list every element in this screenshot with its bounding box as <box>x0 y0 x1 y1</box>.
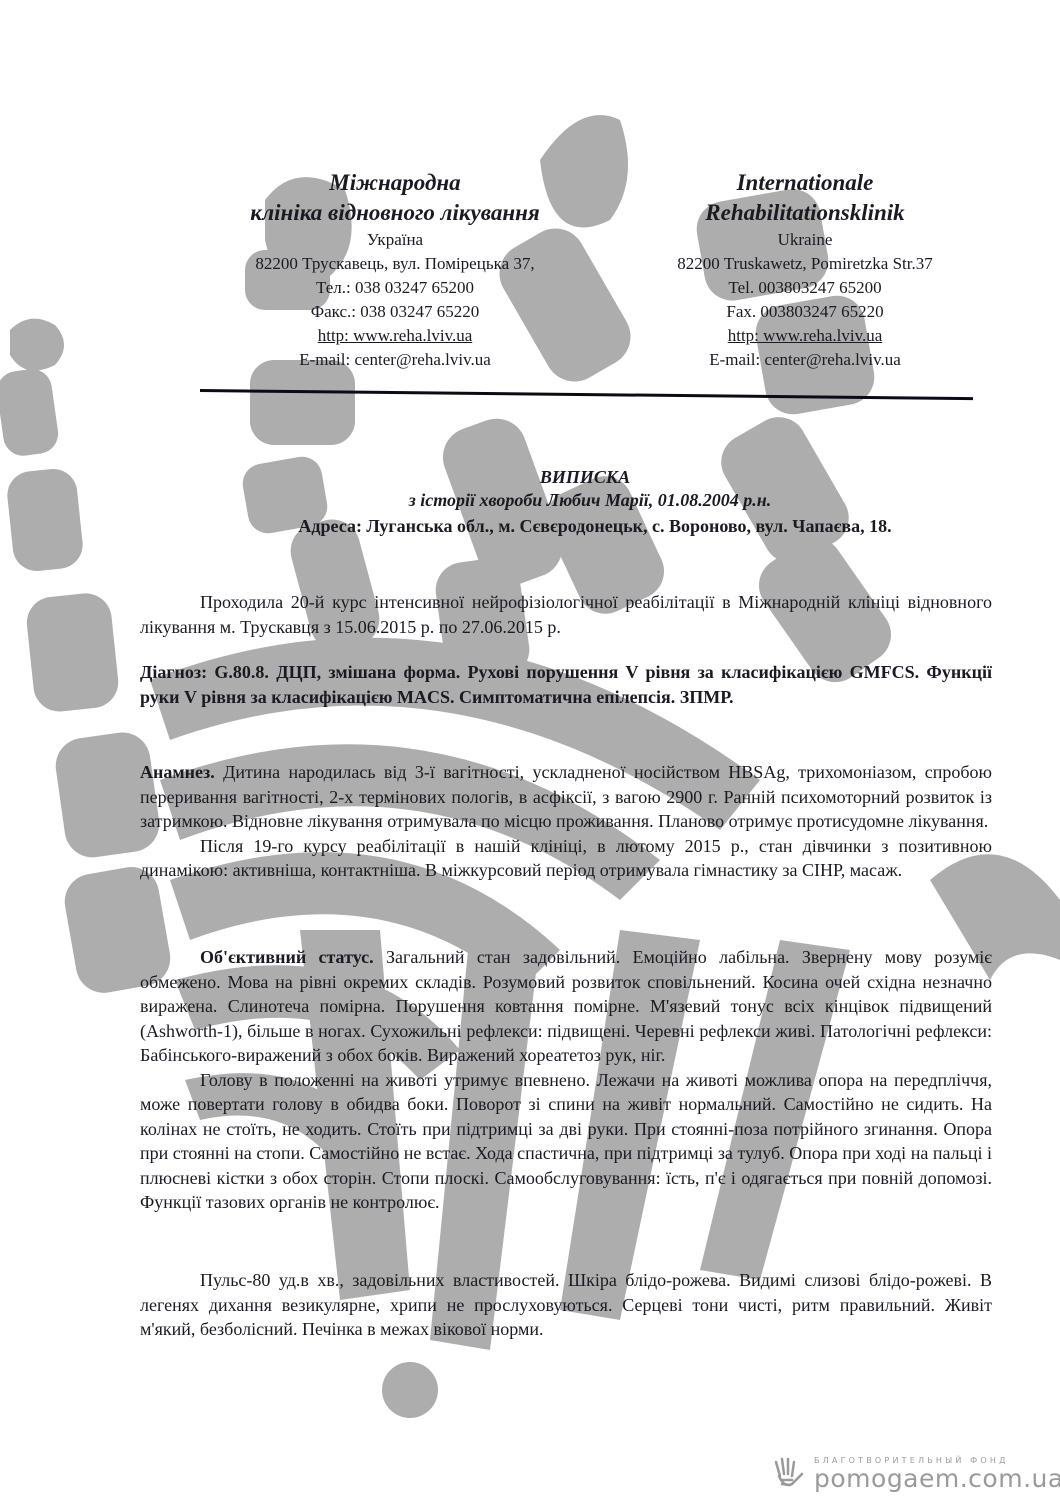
vitals-paragraph: Пульс-80 уд.в хв., задовільних властивос… <box>140 1268 992 1342</box>
anamnesis-section: Анамнез. Дитина народилась від 3-ї вагіт… <box>140 760 992 883</box>
clinic-name-line1-de: Internationale <box>600 168 1010 198</box>
diagnosis-paragraph: Діагноз: G.80.8. ДЦП, змішана форма. Рух… <box>140 660 992 709</box>
anamnesis-text-1: Дитина народилась від 3-ї вагітності, ус… <box>140 762 992 831</box>
website-link-uk[interactable]: http: www.reha.lviv.ua <box>200 324 590 348</box>
document-page: Міжнародна клініка відновного лікування … <box>0 0 1060 1500</box>
phone-uk: Тел.: 038 03247 65200 <box>200 276 590 300</box>
website-link-de[interactable]: http: www.reha.lviv.ua <box>600 324 1010 348</box>
footer-watermark-logo: БЛАГОТВОРИТЕЛЬНЫЙ ФОНД pomogaem.com.ua <box>770 1452 1060 1497</box>
status-label: Об'єктивний статус. <box>200 947 374 967</box>
email-de[interactable]: E-mail: center@reha.lviv.ua <box>600 348 1010 372</box>
document-subtitle: з історії хвороби Любич Марії, 01.08.200… <box>120 488 1060 512</box>
fax-uk: Факс.: 038 03247 65220 <box>200 300 590 324</box>
anamnesis-label: Анамнез. <box>140 762 215 782</box>
fax-de: Fax. 003803247 65220 <box>600 300 1010 324</box>
letterhead-german: Internationale Rehabilitationsklinik Ukr… <box>600 168 1010 372</box>
hand-icon <box>770 1456 804 1492</box>
objective-status-section: Об'єктивний статус. Загальний стан задов… <box>140 945 992 1215</box>
course-paragraph: Проходила 20-й курс інтенсивної нейрофіз… <box>140 590 992 639</box>
header-divider <box>200 389 973 400</box>
clinic-name-line1-uk: Міжнародна <box>200 168 590 198</box>
address-de: 82200 Truskawetz, Pomiretzka Str.37 <box>600 252 1010 276</box>
status-paragraph-2: Голову в положенні на животі утримує впе… <box>140 1068 992 1215</box>
address-uk: 82200 Трускавець, вул. Помірецька 37, <box>200 252 590 276</box>
diagnosis-text: Діагноз: G.80.8. ДЦП, змішана форма. Рух… <box>140 660 992 709</box>
status-paragraph-1: Об'єктивний статус. Загальний стан задов… <box>140 945 992 1068</box>
country-de: Ukraine <box>600 228 1010 252</box>
clinic-name-line2-uk: клініка відновного лікування <box>200 198 590 228</box>
anamnesis-paragraph-2: Після 19-го курсу реабілітації в нашій к… <box>140 834 992 883</box>
course-text: Проходила 20-й курс інтенсивної нейрофіз… <box>140 590 992 639</box>
clinic-name-line2-de: Rehabilitationsklinik <box>600 198 1010 228</box>
patient-address: Адреса: Луганська обл., м. Сєвєродонецьк… <box>130 512 1060 540</box>
email-uk[interactable]: E-mail: center@reha.lviv.ua <box>200 348 590 372</box>
site-name: pomogaem.com.ua <box>814 1464 1060 1493</box>
letterhead-ukrainian: Міжнародна клініка відновного лікування … <box>200 168 590 372</box>
document-title-block: ВИПИСКА з історії хвороби Любич Марії, 0… <box>0 466 1060 540</box>
phone-de: Tel. 003803247 65200 <box>600 276 1010 300</box>
anamnesis-paragraph-1: Анамнез. Дитина народилась від 3-ї вагіт… <box>140 760 992 834</box>
vitals-text: Пульс-80 уд.в хв., задовільних властивос… <box>140 1268 992 1342</box>
country-uk: Україна <box>200 228 590 252</box>
document-title: ВИПИСКА <box>110 466 1060 488</box>
